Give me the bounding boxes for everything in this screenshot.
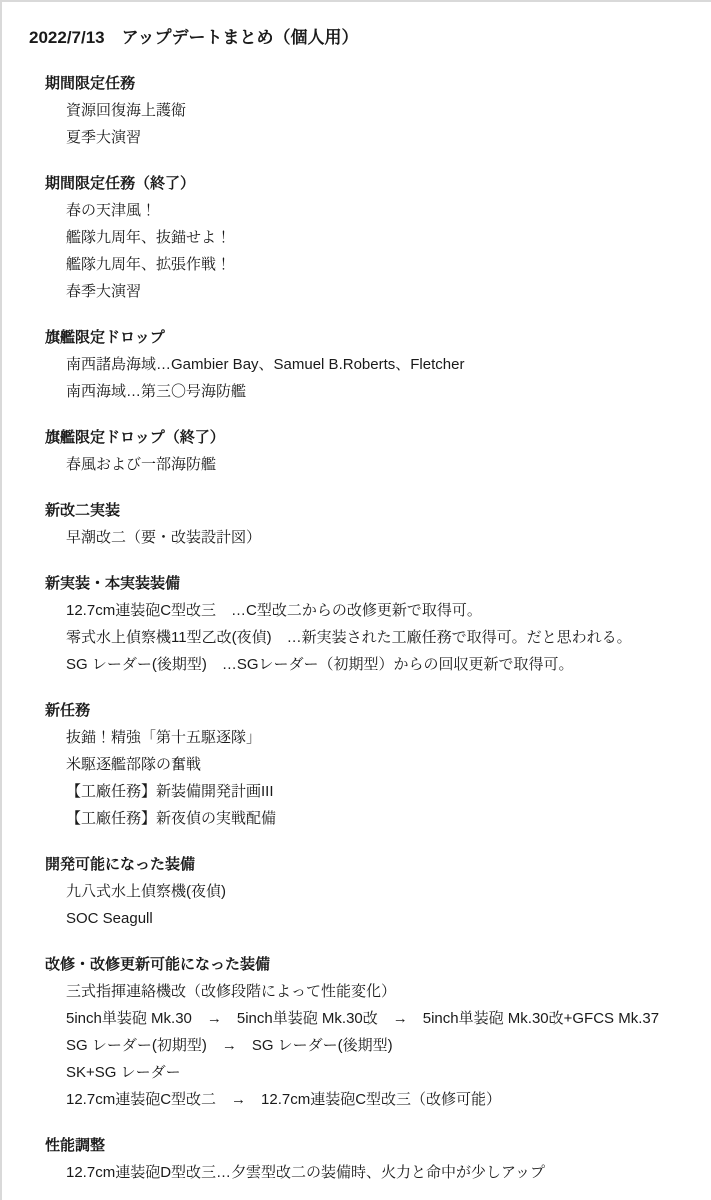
update-item: 南西海域…第三〇号海防艦 (66, 378, 711, 405)
section-items: 三式指揮連絡機改（改修段階によって性能変化） 5inch単装砲 Mk.30 → … (2, 978, 711, 1113)
section-header: 性能調整 (45, 1132, 711, 1159)
section-header: 改修・改修更新可能になった装備 (45, 951, 711, 978)
section-items: 12.7cm連装砲D型改三…夕雲型改二の装備時、火力と命中が少しアップ (2, 1159, 711, 1186)
update-section: 新改二実装 早潮改二（要・改装設計図） (2, 497, 711, 551)
update-item: SOC Seagull (66, 905, 711, 932)
update-item: 5inch単装砲 Mk.30 → 5inch単装砲 Mk.30改 → 5inch… (66, 1005, 711, 1032)
update-section: 開発可能になった装備 九八式水上偵察機(夜偵) SOC Seagull (2, 851, 711, 932)
update-item: 春風および一部海防艦 (66, 451, 711, 478)
update-item: 春季大演習 (66, 278, 711, 305)
section-header: 新実装・本実装装備 (45, 570, 711, 597)
update-item: 九八式水上偵察機(夜偵) (66, 878, 711, 905)
update-item: SK+SG レーダー (66, 1059, 711, 1086)
section-header: 旗艦限定ドロップ (45, 324, 711, 351)
section-header: 期間限定任務 (45, 70, 711, 97)
section-items: 12.7cm連装砲C型改三 …C型改二からの改修更新で取得可。 零式水上偵察機1… (2, 597, 711, 678)
section-header: 新改二実装 (45, 497, 711, 524)
update-section: 改修・改修更新可能になった装備 三式指揮連絡機改（改修段階によって性能変化） 5… (2, 951, 711, 1113)
update-section: 新実装・本実装装備 12.7cm連装砲C型改三 …C型改二からの改修更新で取得可… (2, 570, 711, 678)
update-item: 【工廠任務】新装備開発計画III (66, 778, 711, 805)
update-item: 三式指揮連絡機改（改修段階によって性能変化） (66, 978, 711, 1005)
document-page: 2022/7/13 アップデートまとめ（個人用） 期間限定任務 資源回復海上護衛… (0, 0, 711, 1200)
update-item: 艦隊九周年、抜錨せよ！ (66, 224, 711, 251)
update-item: SG レーダー(初期型) → SG レーダー(後期型) (66, 1032, 711, 1059)
section-header: 旗艦限定ドロップ（終了） (45, 424, 711, 451)
section-items: 九八式水上偵察機(夜偵) SOC Seagull (2, 878, 711, 932)
update-item: 資源回復海上護衛 (66, 97, 711, 124)
update-section: 期間限定任務 資源回復海上護衛 夏季大演習 (2, 70, 711, 151)
section-header: 期間限定任務（終了） (45, 170, 711, 197)
update-item: SG レーダー(後期型) …SGレーダー（初期型）からの回収更新で取得可。 (66, 651, 711, 678)
update-item: 抜錨！精強「第十五駆逐隊」 (66, 724, 711, 751)
section-items: 早潮改二（要・改装設計図） (2, 524, 711, 551)
update-item: 春の天津風！ (66, 197, 711, 224)
update-section: 旗艦限定ドロップ（終了） 春風および一部海防艦 (2, 424, 711, 478)
update-item: 早潮改二（要・改装設計図） (66, 524, 711, 551)
update-item: 米駆逐艦部隊の奮戦 (66, 751, 711, 778)
update-item: 12.7cm連装砲C型改二 → 12.7cm連装砲C型改三（改修可能） (66, 1086, 711, 1113)
sections-container: 期間限定任務 資源回復海上護衛 夏季大演習 期間限定任務（終了） 春の天津風！ … (2, 70, 711, 1186)
section-items: 抜錨！精強「第十五駆逐隊」 米駆逐艦部隊の奮戦 【工廠任務】新装備開発計画III… (2, 724, 711, 832)
page-title: 2022/7/13 アップデートまとめ（個人用） (29, 24, 711, 51)
update-item: 夏季大演習 (66, 124, 711, 151)
update-section: 性能調整 12.7cm連装砲D型改三…夕雲型改二の装備時、火力と命中が少しアップ (2, 1132, 711, 1186)
section-items: 春風および一部海防艦 (2, 451, 711, 478)
section-items: 南西諸島海域…Gambier Bay、Samuel B.Roberts、Flet… (2, 351, 711, 405)
update-item: 南西諸島海域…Gambier Bay、Samuel B.Roberts、Flet… (66, 351, 711, 378)
update-item: 12.7cm連装砲D型改三…夕雲型改二の装備時、火力と命中が少しアップ (66, 1159, 711, 1186)
update-section: 旗艦限定ドロップ 南西諸島海域…Gambier Bay、Samuel B.Rob… (2, 324, 711, 405)
update-item: 【工廠任務】新夜偵の実戦配備 (66, 805, 711, 832)
update-item: 12.7cm連装砲C型改三 …C型改二からの改修更新で取得可。 (66, 597, 711, 624)
section-header: 新任務 (45, 697, 711, 724)
update-item: 零式水上偵察機11型乙改(夜偵) …新実装された工廠任務で取得可。だと思われる。 (66, 624, 711, 651)
update-section: 期間限定任務（終了） 春の天津風！ 艦隊九周年、抜錨せよ！ 艦隊九周年、拡張作戦… (2, 170, 711, 305)
section-header: 開発可能になった装備 (45, 851, 711, 878)
update-item: 艦隊九周年、拡張作戦！ (66, 251, 711, 278)
update-section: 新任務 抜錨！精強「第十五駆逐隊」 米駆逐艦部隊の奮戦 【工廠任務】新装備開発計… (2, 697, 711, 832)
section-items: 春の天津風！ 艦隊九周年、抜錨せよ！ 艦隊九周年、拡張作戦！ 春季大演習 (2, 197, 711, 305)
section-items: 資源回復海上護衛 夏季大演習 (2, 97, 711, 151)
